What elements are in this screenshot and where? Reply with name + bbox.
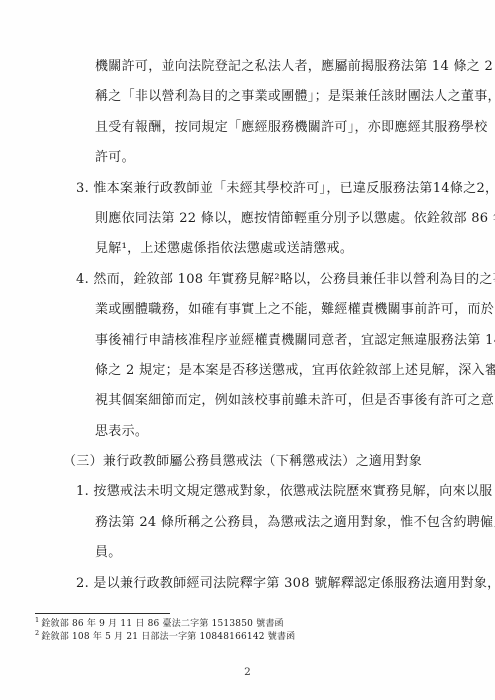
footnote-section: 1銓敘部 86 年 9 月 11 日 86 臺法二字第 1513850 號書函 … bbox=[0, 613, 495, 643]
text-line: 業或團體職務，如確有事實上之不能，難經權責機關事前許可，而於 bbox=[0, 295, 495, 325]
list-item-3: 3. 惟本案兼行政教師並「未經其學校許可」，已違反服務法第14條之2， bbox=[0, 174, 495, 204]
footnote-text: 銓敘部 108 年 5 月 21 日部法一字第 10848166142 號書函 bbox=[41, 632, 295, 642]
document-page: 機關許可，並向法院登記之私法人者，應屬前揭服務法第 14 條之 2 所 稱之「非… bbox=[0, 0, 495, 700]
footnote-text: 銓敘部 86 年 9 月 11 日 86 臺法二字第 1513850 號書函 bbox=[41, 619, 283, 629]
text-line: 許可。 bbox=[0, 143, 495, 173]
text-line: 見解¹，上述懲處係指依法懲處或送請懲戒。 bbox=[0, 234, 495, 264]
footnote-marker: 1 bbox=[35, 616, 39, 624]
text-line: 事後補行申請核准程序並經權責機關同意者，宜認定無違服務法第 14 bbox=[0, 326, 495, 356]
text-line: 務法第 24 條所稱之公務員，為懲戒法之適用對象，惟不包含約聘僱人 bbox=[0, 508, 495, 538]
text-line: 且受有報酬，按同規定「應經服務機關許可」，亦即應經其服務學校 bbox=[0, 113, 495, 143]
text-line: 條之 2 規定；是本案是否移送懲戒，宜再依銓敘部上述見解，深入審 bbox=[0, 356, 495, 386]
text-line: 思表示。 bbox=[0, 417, 495, 447]
list-item-1: 1. 按懲戒法未明文規定懲戒對象，依懲戒法院歷來實務見解，向來以服 bbox=[0, 477, 495, 507]
text-line: 員。 bbox=[0, 538, 495, 568]
footnote: 2銓敘部 108 年 5 月 21 日部法一字第 10848166142 號書函 bbox=[35, 631, 495, 644]
text-line: 機關許可，並向法院登記之私法人者，應屬前揭服務法第 14 條之 2 所 bbox=[0, 52, 495, 82]
footnote: 1銓敘部 86 年 9 月 11 日 86 臺法二字第 1513850 號書函 bbox=[35, 618, 495, 631]
page-number: 2 bbox=[0, 666, 495, 678]
list-item-4: 4. 然而，銓敘部 108 年實務見解²略以，公務員兼任非以營利為目的之事 bbox=[0, 265, 495, 295]
text-line: 則應依同法第 22 條以，應按情節輕重分別予以懲處。依銓敘部 86 年 bbox=[0, 204, 495, 234]
text-line: 視其個案細節而定，例如該校事前雖未許可，但是否事後有許可之意 bbox=[0, 386, 495, 416]
document-body: 機關許可，並向法院登記之私法人者，應屬前揭服務法第 14 條之 2 所 稱之「非… bbox=[0, 0, 495, 599]
footnote-marker: 2 bbox=[35, 629, 39, 637]
list-item-2: 2. 是以兼行政教師經司法院釋字第 308 號解釋認定係服務法適用對象， bbox=[0, 569, 495, 599]
text-line: 稱之「非以營利為目的之事業或團體」；是渠兼任該財團法人之董事， bbox=[0, 82, 495, 112]
section-heading: （三）兼行政教師屬公務員懲戒法（下稱懲戒法）之適用對象 bbox=[0, 447, 495, 477]
footnote-separator bbox=[35, 613, 170, 614]
